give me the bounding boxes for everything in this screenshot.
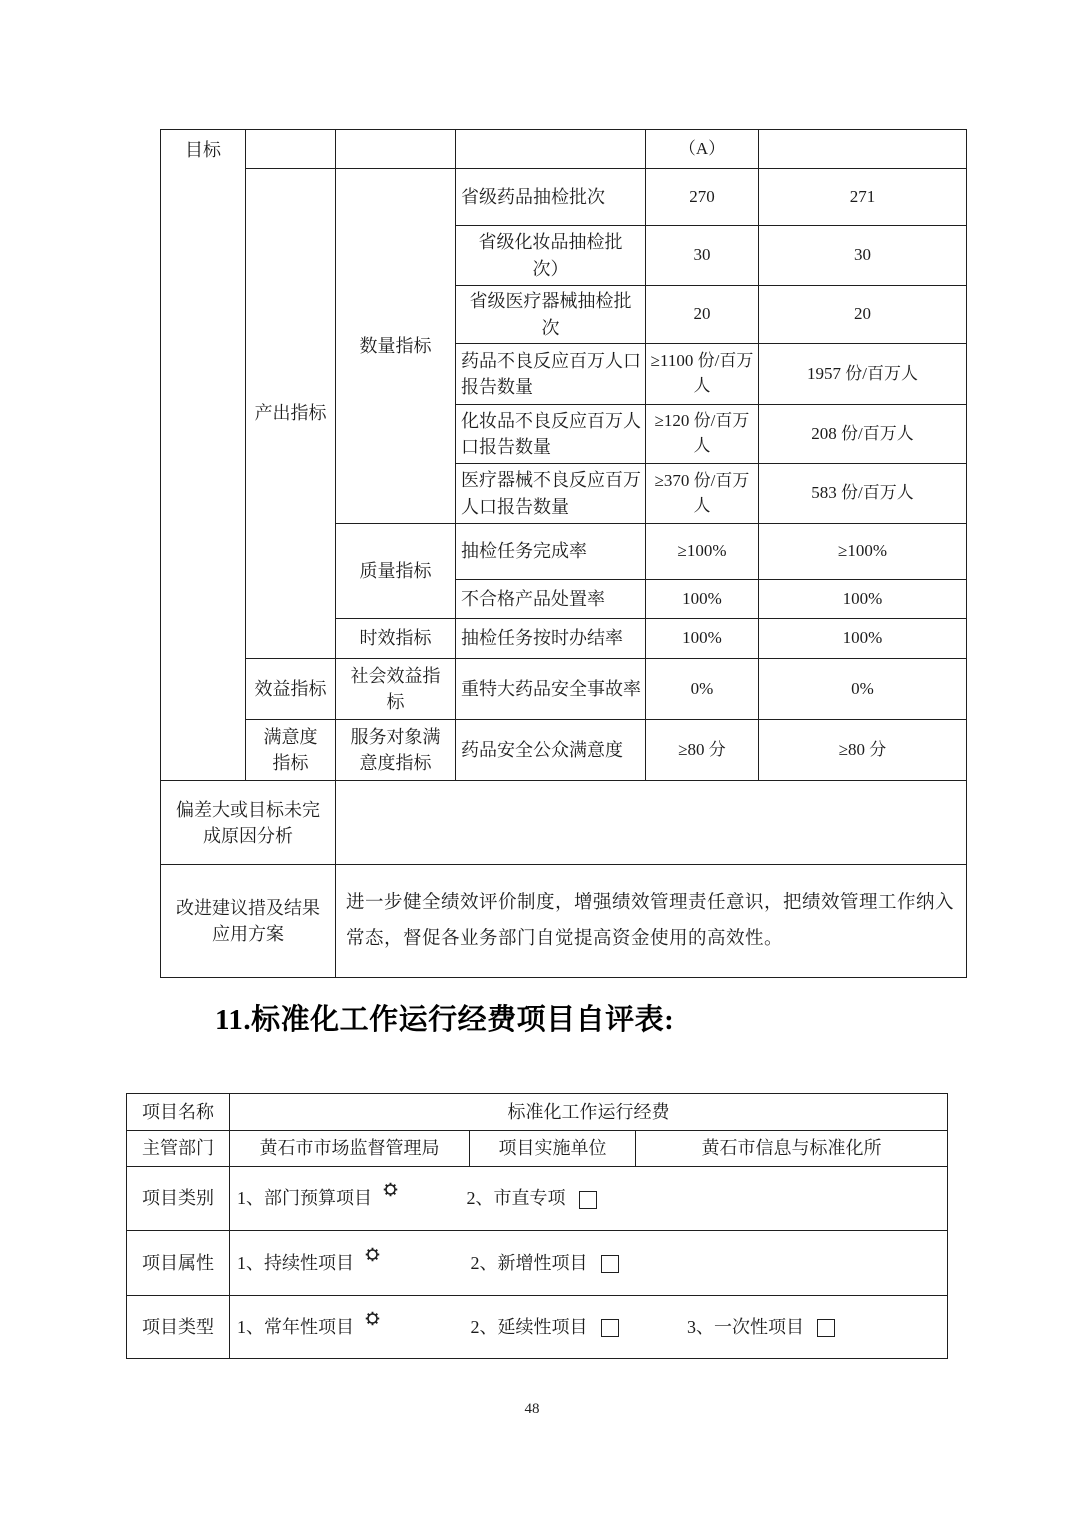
goal-label: 目标 [161, 130, 246, 781]
option-label: 2、新增性项目 [471, 1250, 588, 1276]
impl-unit-label: 项目实施单位 [470, 1131, 636, 1167]
empty-cell [336, 130, 456, 169]
indicator-name: 省级化妆品抽检批次） [456, 226, 646, 286]
table-row: 产出指标 数量指标 省级药品抽检批次 270 271 [161, 169, 967, 226]
service-satisfaction-label: 服务对象满意度指标 [336, 720, 456, 781]
indicator-name: 不合格产品处置率 [456, 580, 646, 619]
option-label: 3、一次性项目 [687, 1314, 804, 1340]
option-continuous-project: 1、持续性项目 [237, 1250, 380, 1276]
option-perennial-project: 1、常年性项目 [237, 1314, 380, 1340]
project-name-value: 标准化工作运行经费 [230, 1094, 948, 1131]
quantity-indicators-label: 数量指标 [336, 169, 456, 524]
actual-value: 1957 份/百万人 [759, 344, 967, 405]
gear-icon [383, 1182, 398, 1197]
actual-value: ≥80 分 [759, 720, 967, 781]
table-row: 主管部门 黄石市市场监督管理局 项目实施单位 黄石市信息与标准化所 [127, 1131, 948, 1167]
empty-cell [759, 130, 967, 169]
timeliness-indicators-label: 时效指标 [336, 619, 456, 659]
actual-value: 20 [759, 286, 967, 344]
impl-unit-value: 黄石市信息与标准化所 [636, 1131, 948, 1167]
table-row: 效益指标 社会效益指标 重特大药品安全事故率 0% 0% [161, 659, 967, 720]
target-value: 20 [646, 286, 759, 344]
option-budget-project: 1、部门预算项目 [237, 1185, 398, 1211]
indicator-name: 重特大药品安全事故率 [456, 659, 646, 720]
option-label: 2、延续性项目 [471, 1314, 588, 1340]
indicator-name: 抽检任务按时办结率 [456, 619, 646, 659]
satisfaction-label: 满意度指标 [246, 720, 336, 781]
actual-value: 100% [759, 619, 967, 659]
category-label: 项目类别 [127, 1167, 230, 1231]
actual-value: ≥100% [759, 524, 967, 580]
improvement-suggestion-label: 改进建议措及结果应用方案 [161, 865, 336, 978]
empty-cell [246, 130, 336, 169]
target-value: 30 [646, 226, 759, 286]
table-row: 改进建议措及结果应用方案 进一步健全绩效评价制度，增强绩效管理责任意识，把绩效管… [161, 865, 967, 978]
checkbox-empty-icon [579, 1191, 597, 1209]
gear-icon [365, 1311, 380, 1326]
target-value: ≥1100 份/百万人 [646, 344, 759, 405]
table-row: 项目名称 标准化工作运行经费 [127, 1094, 948, 1131]
option-label: 1、持续性项目 [237, 1250, 354, 1276]
deviation-analysis-content [336, 781, 967, 865]
target-value: ≥370 份/百万人 [646, 464, 759, 524]
output-indicators-label: 产出指标 [246, 169, 336, 659]
actual-value: 100% [759, 580, 967, 619]
column-header-a: （A） [646, 130, 759, 169]
target-value: 270 [646, 169, 759, 226]
improvement-suggestion-content: 进一步健全绩效评价制度，增强绩效管理责任意识，把绩效管理工作纳入常态，督促各业务… [336, 865, 967, 978]
performance-indicators-table: 目标 （A） 产出指标 数量指标 省级药品抽检批次 270 271 省级化妆品抽… [160, 129, 967, 978]
attribute-label: 项目属性 [127, 1231, 230, 1296]
section-heading: 11.标准化工作运行经费项目自评表: [215, 997, 674, 1038]
indicator-name: 药品安全公众满意度 [456, 720, 646, 781]
option-extension-project: 2、延续性项目 [471, 1314, 619, 1340]
type-label: 项目类型 [127, 1296, 230, 1359]
target-value: ≥120 份/百万人 [646, 405, 759, 464]
option-city-special: 2、市直专项 [467, 1185, 597, 1211]
target-value: 100% [646, 580, 759, 619]
actual-value: 30 [759, 226, 967, 286]
quality-indicators-label: 质量指标 [336, 524, 456, 619]
indicator-name: 省级药品抽检批次 [456, 169, 646, 226]
table-row: 项目类别 1、部门预算项目 [127, 1167, 948, 1231]
actual-value: 208 份/百万人 [759, 405, 967, 464]
indicator-name: 医疗器械不良反应百万人口报告数量 [456, 464, 646, 524]
table-row: 项目属性 1、持续性项目 [127, 1231, 948, 1296]
indicator-name: 省级医疗器械抽检批次 [456, 286, 646, 344]
project-self-evaluation-table: 项目名称 标准化工作运行经费 主管部门 黄石市市场监督管理局 项目实施单位 黄石… [126, 1093, 948, 1359]
benefit-indicators-label: 效益指标 [246, 659, 336, 720]
actual-value: 583 份/百万人 [759, 464, 967, 524]
document-page: 目标 （A） 产出指标 数量指标 省级药品抽检批次 270 271 省级化妆品抽… [0, 0, 1074, 1520]
dept-label: 主管部门 [127, 1131, 230, 1167]
project-name-label: 项目名称 [127, 1094, 230, 1131]
option-one-time-project: 3、一次性项目 [687, 1314, 835, 1340]
dept-value: 黄石市市场监督管理局 [230, 1131, 470, 1167]
checkbox-empty-icon [601, 1319, 619, 1337]
option-label: 1、常年性项目 [237, 1314, 354, 1340]
page-number: 48 [0, 1401, 1064, 1418]
target-value: 100% [646, 619, 759, 659]
table-row: 目标 （A） [161, 130, 967, 169]
social-benefit-label: 社会效益指标 [336, 659, 456, 720]
target-value: 0% [646, 659, 759, 720]
attribute-options: 1、持续性项目 2、新 [230, 1231, 948, 1296]
target-value: ≥100% [646, 524, 759, 580]
option-new-project: 2、新增性项目 [471, 1250, 619, 1276]
deviation-analysis-label: 偏差大或目标未完成原因分析 [161, 781, 336, 865]
target-value: ≥80 分 [646, 720, 759, 781]
indicator-name: 化妆品不良反应百万人口报告数量 [456, 405, 646, 464]
checkbox-empty-icon [601, 1255, 619, 1273]
option-label: 1、部门预算项目 [237, 1185, 372, 1211]
empty-cell [456, 130, 646, 169]
type-options: 1、常年性项目 2、延 [230, 1296, 948, 1359]
actual-value: 0% [759, 659, 967, 720]
indicator-name: 抽检任务完成率 [456, 524, 646, 580]
gear-icon [365, 1247, 380, 1262]
actual-value: 271 [759, 169, 967, 226]
checkbox-empty-icon [817, 1319, 835, 1337]
option-label: 2、市直专项 [467, 1185, 566, 1211]
table-row: 项目类型 1、常年性项目 [127, 1296, 948, 1359]
indicator-name: 药品不良反应百万人口报告数量 [456, 344, 646, 405]
table-row: 满意度指标 服务对象满意度指标 药品安全公众满意度 ≥80 分 ≥80 分 [161, 720, 967, 781]
category-options: 1、部门预算项目 2、 [230, 1167, 948, 1231]
table-row: 偏差大或目标未完成原因分析 [161, 781, 967, 865]
